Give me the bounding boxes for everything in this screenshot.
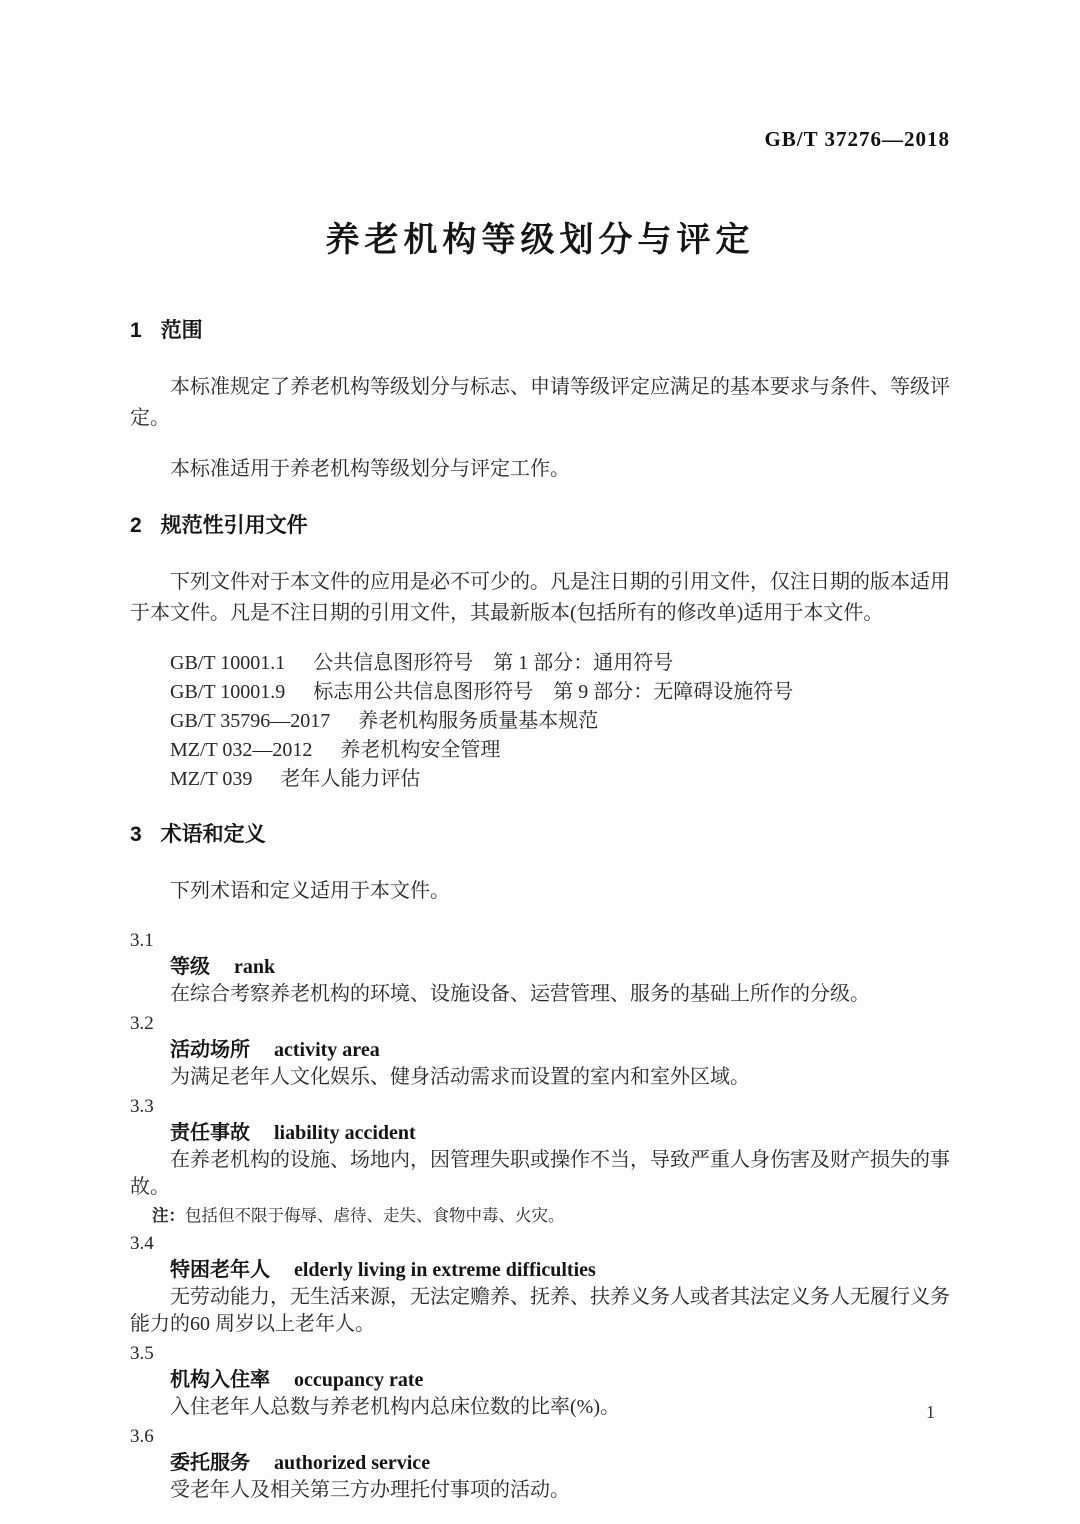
page-number: 1 (926, 1402, 935, 1423)
section-number: 3 (130, 823, 142, 846)
term-number: 3.4 (130, 1230, 950, 1257)
scope-paragraph-1: 本标准规定了养老机构等级划分与标志、申请等级评定应满足的基本要求与条件、等级评定… (130, 372, 950, 434)
reference-title: 老年人能力评估 (280, 768, 420, 790)
term-number: 3.5 (130, 1340, 950, 1367)
term-note: 注：包括但不限于侮辱、虐待、走失、食物中毒、火灾。 (130, 1204, 950, 1228)
term-chinese: 特困老年人 (170, 1259, 270, 1281)
section-normative-references: 2规范性引用文件 下列文件对于本文件的应用是必不可少的。凡是注日期的引用文件，仅… (130, 511, 950, 794)
note-text: 包括但不限于侮辱、虐待、走失、食物中毒、火灾。 (185, 1206, 565, 1225)
term-english: liability accident (274, 1122, 416, 1144)
term-heading: 机构入住率occupancy rate (130, 1367, 950, 1394)
section-heading-terms: 3术语和定义 (130, 820, 950, 850)
term-chinese: 活动场所 (170, 1039, 250, 1061)
note-label: 注： (152, 1207, 185, 1225)
term-definition: 无劳动能力，无生活来源，无法定赡养、抚养、扶养义务人或者其法定义务人无履行义务能… (130, 1284, 950, 1338)
term-entry-3-6: 3.6 委托服务authorized service 受老年人及相关第三方办理托… (130, 1423, 950, 1504)
reference-code: MZ/T 032—2012 (170, 739, 312, 761)
term-entry-3-2: 3.2 活动场所activity area 为满足老年人文化娱乐、健身活动需求而… (130, 1010, 950, 1091)
section-heading-references: 2规范性引用文件 (130, 511, 950, 541)
term-english: elderly living in extreme difficulties (294, 1259, 596, 1281)
term-heading: 责任事故liability accident (130, 1120, 950, 1147)
terms-intro: 下列术语和定义适用于本文件。 (130, 876, 950, 907)
term-chinese: 责任事故 (170, 1122, 250, 1144)
scope-paragraph-2: 本标准适用于养老机构等级划分与评定工作。 (130, 454, 950, 485)
section-number: 2 (130, 514, 142, 537)
term-english: activity area (274, 1039, 380, 1061)
standard-code: GB/T 37276—2018 (130, 0, 950, 152)
reference-title: 标志用公共信息图形符号 第 9 部分：无障碍设施符号 (313, 681, 793, 703)
reference-code: GB/T 35796—2017 (170, 710, 330, 732)
section-number: 1 (130, 319, 142, 342)
section-heading-scope: 1范围 (130, 316, 950, 346)
term-heading: 委托服务authorized service (130, 1450, 950, 1477)
section-title: 范围 (161, 319, 203, 342)
term-heading: 活动场所activity area (130, 1037, 950, 1064)
section-terms-and-definitions: 3术语和定义 下列术语和定义适用于本文件。 3.1 等级rank 在综合考察养老… (130, 820, 950, 1504)
reference-title: 养老机构安全管理 (340, 739, 500, 761)
term-definition: 受老年人及相关第三方办理托付事项的活动。 (130, 1477, 950, 1504)
term-english: rank (234, 956, 275, 978)
document-title: 养老机构等级划分与评定 (130, 218, 950, 262)
reference-item: GB/T 10001.1公共信息图形符号 第 1 部分：通用符号 (130, 649, 950, 678)
document-page: GB/T 37276—2018 养老机构等级划分与评定 1范围 本标准规定了养老… (0, 0, 1080, 1524)
reference-code: GB/T 10001.1 (170, 652, 285, 674)
reference-item: MZ/T 039老年人能力评估 (130, 765, 950, 794)
reference-code: MZ/T 039 (170, 768, 252, 790)
references-intro: 下列文件对于本文件的应用是必不可少的。凡是注日期的引用文件，仅注日期的版本适用于… (130, 567, 950, 629)
term-english: authorized service (274, 1452, 430, 1474)
section-scope: 1范围 本标准规定了养老机构等级划分与标志、申请等级评定应满足的基本要求与条件、… (130, 316, 950, 485)
reference-title: 公共信息图形符号 第 1 部分：通用符号 (313, 652, 673, 674)
term-chinese: 机构入住率 (170, 1369, 270, 1391)
term-entry-3-4: 3.4 特困老年人elderly living in extreme diffi… (130, 1230, 950, 1338)
reference-item: GB/T 35796—2017养老机构服务质量基本规范 (130, 707, 950, 736)
term-entry-3-1: 3.1 等级rank 在综合考察养老机构的环境、设施设备、运营管理、服务的基础上… (130, 927, 950, 1008)
term-chinese: 等级 (170, 956, 210, 978)
reference-item: GB/T 10001.9标志用公共信息图形符号 第 9 部分：无障碍设施符号 (130, 678, 950, 707)
reference-title: 养老机构服务质量基本规范 (358, 710, 598, 732)
term-definition: 入住老年人总数与养老机构内总床位数的比率(%)。 (130, 1394, 950, 1421)
term-definition: 在养老机构的设施、场地内，因管理失职或操作不当，导致严重人身伤害及财产损失的事故… (130, 1147, 950, 1201)
term-entry-3-3: 3.3 责任事故liability accident 在养老机构的设施、场地内，… (130, 1093, 950, 1228)
term-number: 3.2 (130, 1010, 950, 1037)
term-number: 3.6 (130, 1423, 950, 1450)
term-english: occupancy rate (294, 1369, 423, 1391)
section-title: 术语和定义 (161, 823, 266, 846)
term-number: 3.3 (130, 1093, 950, 1120)
term-entry-3-5: 3.5 机构入住率occupancy rate 入住老年人总数与养老机构内总床位… (130, 1340, 950, 1421)
section-title: 规范性引用文件 (161, 514, 308, 537)
term-heading: 等级rank (130, 954, 950, 981)
term-number: 3.1 (130, 927, 950, 954)
term-heading: 特困老年人elderly living in extreme difficult… (130, 1257, 950, 1284)
term-definition: 在综合考察养老机构的环境、设施设备、运营管理、服务的基础上所作的分级。 (130, 981, 950, 1008)
reference-item: MZ/T 032—2012养老机构安全管理 (130, 736, 950, 765)
term-chinese: 委托服务 (170, 1452, 250, 1474)
reference-code: GB/T 10001.9 (170, 681, 285, 703)
term-definition: 为满足老年人文化娱乐、健身活动需求而设置的室内和室外区域。 (130, 1064, 950, 1091)
